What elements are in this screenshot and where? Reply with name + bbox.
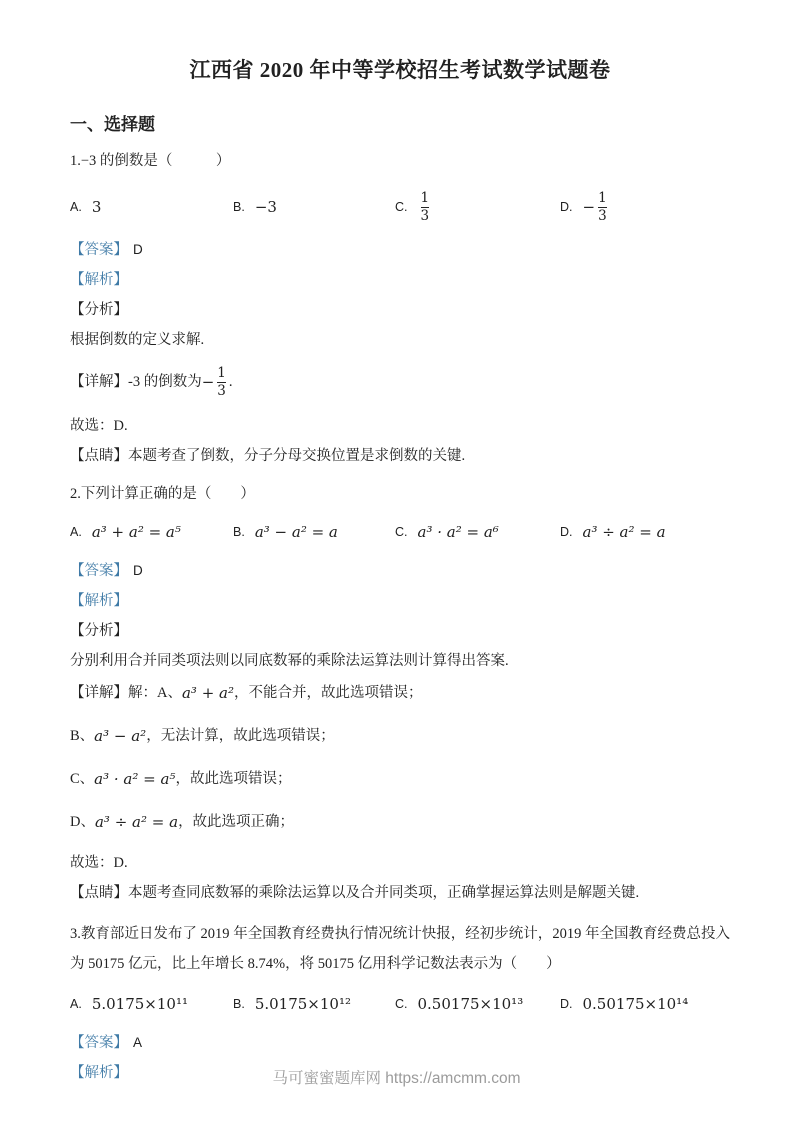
option-label: D.: [560, 525, 573, 539]
fraction: 1 3: [421, 190, 430, 223]
q1-xiangjie-line: 【详解】 -3 的倒数为 − 1 3 .: [70, 360, 730, 404]
option-label: A.: [70, 525, 82, 539]
exam-page: 江西省 2020 年中等学校招生考试数学试题卷 一、选择题 1.−3 的倒数是（…: [0, 0, 793, 1083]
fraction-numerator: 1: [217, 365, 226, 381]
detail-pre: C、: [70, 769, 94, 789]
option-value: 5.0175×10¹²: [255, 995, 351, 1013]
option-label: D.: [560, 200, 573, 214]
q2-detail-d: D、 a³ ÷ a² = a ，故此选项正确；: [70, 810, 730, 834]
q2-option-a: A. a³ + a² = a⁵: [70, 523, 233, 541]
q2-option-c: C. a³ · a² = a⁶: [395, 523, 560, 541]
option-label: B.: [233, 200, 245, 214]
q2-dianjing-line: 【点睛】 本题考查同底数幂的乘除法运算以及合并同类项，正确掌握运算法则是解题关键…: [70, 883, 730, 903]
xiangjie-tag: 【详解】: [70, 683, 128, 703]
q1-answer-line: 【答案】 D: [70, 240, 730, 260]
q2-detail-b: B、 a³ − a² ，无法计算，故此选项错误；: [70, 724, 730, 748]
jiexi-tag: 【解析】: [70, 591, 128, 611]
option-value: 5.0175×10¹¹: [92, 995, 188, 1013]
q1-fenxi-line: 【分析】: [70, 300, 730, 320]
fraction-denominator: 3: [217, 382, 226, 399]
option-value: a³ · a² = a⁶: [418, 523, 499, 541]
option-label: C.: [395, 200, 408, 214]
q2-answer-line: 【答案】 D: [70, 561, 730, 581]
q1-options: A. 3 B. −3 C. 1 3 D. − 1 3: [70, 184, 730, 230]
minus-sign: −: [583, 198, 596, 216]
xiangjie-text: -3 的倒数为: [128, 372, 202, 392]
section-heading: 一、选择题: [70, 110, 730, 135]
option-value: 0.50175×10¹⁴: [583, 995, 689, 1013]
option-label: C.: [395, 997, 408, 1011]
fraction-numerator: 1: [421, 190, 430, 206]
q2-jiexi-line: 【解析】: [70, 591, 730, 611]
answer-tag: 【答案】: [70, 561, 128, 581]
option-label: D.: [560, 997, 573, 1011]
option-label: A.: [70, 200, 82, 214]
q1-option-a: A. 3: [70, 198, 233, 216]
q1-option-c: C. 1 3: [395, 190, 560, 223]
q2-detail-c: C、 a³ · a² = a⁵ ，故此选项错误；: [70, 767, 730, 791]
detail-post: ，无法计算，故此选项错误；: [146, 726, 335, 746]
option-label: A.: [70, 997, 82, 1011]
option-value: 0.50175×10¹³: [418, 995, 524, 1013]
option-value: 3: [92, 198, 102, 216]
q3-option-b: B. 5.0175×10¹²: [233, 995, 395, 1013]
option-value: a³ − a² = a: [255, 523, 338, 541]
dianjing-tag: 【点睛】: [70, 883, 128, 903]
q3-option-c: C. 0.50175×10¹³: [395, 995, 560, 1013]
fraction-denominator: 3: [421, 207, 430, 224]
xiangjie-tag: 【详解】: [70, 372, 128, 392]
q3-options: A. 5.0175×10¹¹ B. 5.0175×10¹² C. 0.50175…: [70, 989, 730, 1019]
answer-value: D: [133, 561, 143, 581]
detail-math: a³ · a² = a⁵: [94, 769, 175, 789]
answer-tag: 【答案】: [70, 240, 128, 260]
fraction-denominator: 3: [598, 207, 607, 224]
detail-post: ，故此选项错误；: [175, 769, 291, 789]
dianjing-tag: 【点睛】: [70, 446, 128, 466]
minus-sign: −: [202, 372, 215, 392]
watermark-footer: 马可蜜蜜题库网 https://amcmm.com: [0, 1066, 793, 1088]
q3-answer-line: 【答案】 A: [70, 1033, 730, 1053]
q1-dianjing-line: 【点睛】 本题考查了倒数，分子分母交换位置是求倒数的关键.: [70, 446, 730, 466]
dianjing-text: 本题考查了倒数，分子分母交换位置是求倒数的关键.: [128, 446, 465, 466]
q1-stem: 1.−3 的倒数是（ ）: [70, 151, 730, 172]
option-value: −3: [255, 198, 277, 216]
fraction: 1 3: [217, 365, 226, 398]
q1-option-d: D. − 1 3: [560, 190, 730, 223]
q1-guxuan: 故选：D.: [70, 416, 730, 436]
answer-value: A: [133, 1033, 142, 1053]
q3-option-d: D. 0.50175×10¹⁴: [560, 995, 730, 1013]
detail-math: a³ + a²: [182, 683, 234, 703]
detail-pre: D、: [70, 812, 95, 832]
q2-detail-a: 【详解】 解：A、 a³ + a² ，不能合并，故此选项错误；: [70, 681, 730, 705]
option-label: B.: [233, 525, 245, 539]
q2-options: A. a³ + a² = a⁵ B. a³ − a² = a C. a³ · a…: [70, 517, 730, 547]
q2-option-b: B. a³ − a² = a: [233, 523, 395, 541]
dianjing-text: 本题考查同底数幂的乘除法运算以及合并同类项，正确掌握运算法则是解题关键.: [128, 883, 639, 903]
fenxi-tag: 【分析】: [70, 621, 128, 641]
answer-value: D: [133, 240, 143, 260]
fraction-numerator: 1: [598, 190, 607, 206]
detail-math: a³ ÷ a² = a: [95, 812, 178, 832]
q3-option-a: A. 5.0175×10¹¹: [70, 995, 233, 1013]
q2-fenxi-line: 【分析】: [70, 621, 730, 641]
q2-guxuan: 故选：D.: [70, 853, 730, 873]
answer-tag: 【答案】: [70, 1033, 128, 1053]
option-value: a³ + a² = a⁵: [92, 523, 181, 541]
q1-fenxi-text: 根据倒数的定义求解.: [70, 330, 730, 350]
page-title: 江西省 2020 年中等学校招生考试数学试题卷: [70, 54, 730, 84]
detail-pre: B、: [70, 726, 94, 746]
detail-post: ，故此选项正确；: [178, 812, 294, 832]
q2-option-d: D. a³ ÷ a² = a: [560, 523, 730, 541]
detail-math: a³ − a²: [94, 726, 146, 746]
jiexi-tag: 【解析】: [70, 270, 128, 290]
q2-stem: 2.下列计算正确的是（ ）: [70, 484, 730, 505]
q3-stem: 3.教育部近日发布了 2019 年全国教育经费执行情况统计快报，经初步统计，20…: [70, 919, 730, 979]
option-value: a³ ÷ a² = a: [583, 523, 666, 541]
detail-pre: 解：A、: [128, 683, 182, 703]
option-label: C.: [395, 525, 408, 539]
detail-post: ，不能合并，故此选项错误；: [234, 683, 423, 703]
q1-jiexi-line: 【解析】: [70, 270, 730, 290]
option-label: B.: [233, 997, 245, 1011]
q2-fenxi-text: 分别利用合并同类项法则以同底数幂的乘除法运算法则计算得出答案.: [70, 651, 730, 671]
xiangjie-period: .: [229, 372, 233, 392]
fraction: 1 3: [598, 190, 607, 223]
fenxi-tag: 【分析】: [70, 300, 128, 320]
q1-option-b: B. −3: [233, 198, 395, 216]
